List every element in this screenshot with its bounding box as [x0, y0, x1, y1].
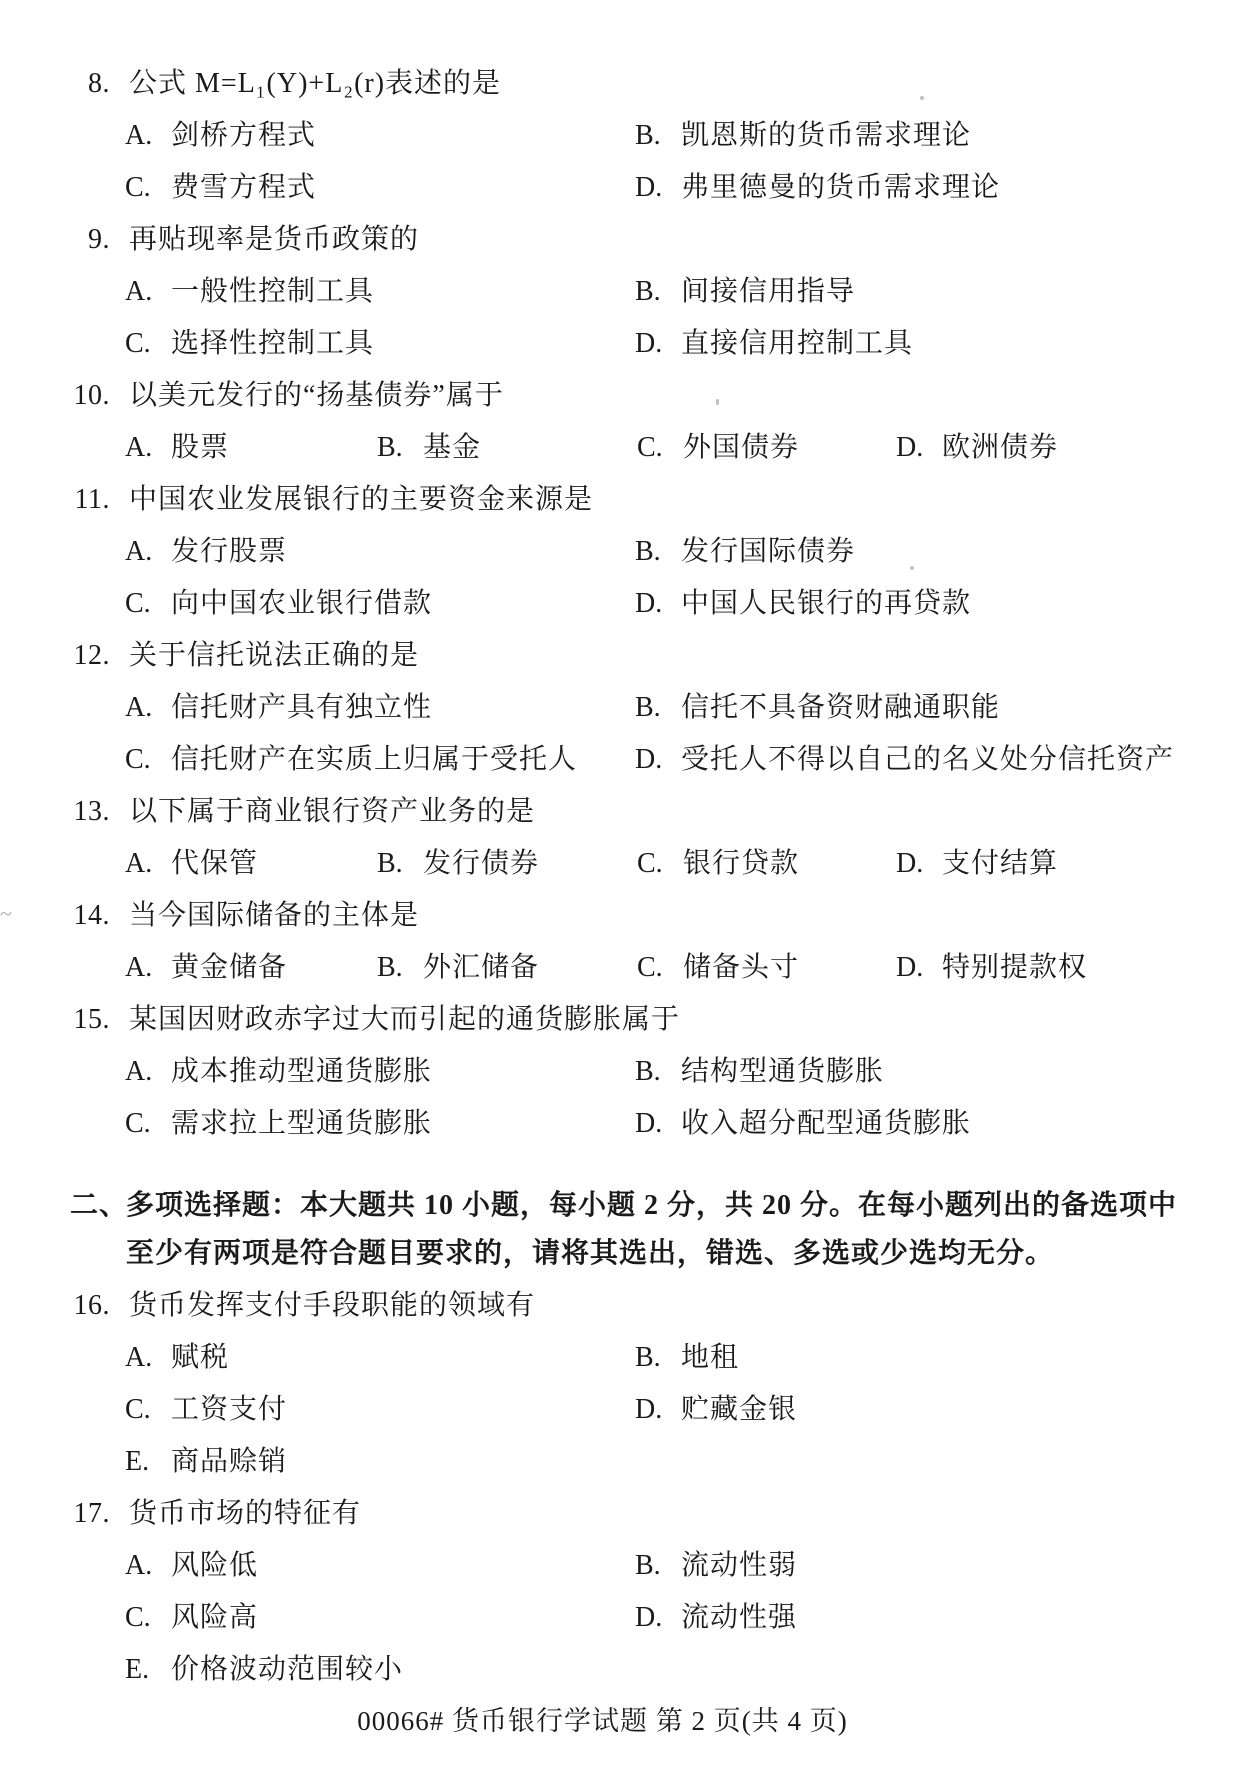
question: 8.公式 M=L₁(Y)+L₂(r)表述的是A.剑桥方程式B.凯恩斯的货币需求理… — [63, 68, 1198, 224]
question: 13.以下属于商业银行资产业务的是A.代保管B.发行债券C.银行贷款D.支付结算 — [63, 796, 1198, 900]
option: C.外国债券 — [637, 432, 896, 463]
option: C.风险高 — [125, 1602, 635, 1633]
section-marker: 二、 — [70, 1190, 126, 1269]
question-options: A.剑桥方程式B.凯恩斯的货币需求理论C.费雪方程式D.弗里德曼的货币需求理论 — [125, 120, 1198, 224]
option-text: 发行债券 — [423, 848, 539, 879]
option-label: C. — [125, 1602, 155, 1633]
option-text: 基金 — [423, 432, 481, 463]
question-number: 10. — [63, 380, 110, 411]
question-options: A.风险低B.流动性弱C.风险高D.流动性强E.价格波动范围较小 — [125, 1550, 1198, 1706]
option-text: 剑桥方程式 — [171, 120, 316, 151]
question-number: 9. — [63, 224, 110, 255]
option-text: 代保管 — [171, 848, 258, 879]
option-text: 中国人民银行的再贷款 — [681, 588, 971, 619]
option-text: 价格波动范围较小 — [171, 1654, 403, 1685]
question-options: A.黄金储备B.外汇储备C.储备头寸D.特别提款权 — [125, 952, 1198, 1004]
option-label: C. — [125, 1108, 155, 1139]
option-text: 风险低 — [171, 1550, 258, 1581]
option: D.受托人不得以自己的名义处分信托资产 — [635, 744, 1198, 775]
option-label: D. — [635, 328, 665, 359]
option-text: 向中国农业银行借款 — [171, 588, 432, 619]
option-label: A. — [125, 1550, 155, 1581]
question-number: 15. — [63, 1004, 110, 1035]
option-label: B. — [377, 432, 407, 463]
option-label: A. — [125, 120, 155, 151]
option: B.凯恩斯的货币需求理论 — [635, 120, 1198, 151]
option-text: 赋税 — [171, 1342, 229, 1373]
question-title: 15.某国因财政赤字过大而引起的通货膨胀属于 — [63, 1004, 1198, 1035]
question-text: 以下属于商业银行资产业务的是 — [129, 796, 535, 827]
option-text: 商品赊销 — [171, 1446, 287, 1477]
option-text: 受托人不得以自己的名义处分信托资产 — [681, 744, 1174, 775]
option-label: B. — [377, 952, 407, 983]
scan-artifact — [920, 96, 924, 100]
section-header-line1: 多项选择题：本大题共 10 小题，每小题 2 分，共 20 分。在每小题列出的备… — [126, 1190, 1177, 1221]
option-label: C. — [637, 952, 667, 983]
option-text: 发行国际债券 — [681, 536, 855, 567]
question-options: A.股票B.基金C.外国债券D.欧洲债券 — [125, 432, 1198, 484]
option-label: D. — [635, 1602, 665, 1633]
question-title: 16.货币发挥支付手段职能的领域有 — [63, 1290, 1198, 1321]
question-number: 14. — [63, 900, 110, 931]
question-title: 8.公式 M=L₁(Y)+L₂(r)表述的是 — [63, 68, 1198, 99]
section-header-text: 多项选择题：本大题共 10 小题，每小题 2 分，共 20 分。在每小题列出的备… — [126, 1190, 1177, 1269]
question: 15.某国因财政赤字过大而引起的通货膨胀属于A.成本推动型通货膨胀B.结构型通货… — [63, 1004, 1198, 1160]
option: B.发行国际债券 — [635, 536, 1198, 567]
single-choice-question-list: 8.公式 M=L₁(Y)+L₂(r)表述的是A.剑桥方程式B.凯恩斯的货币需求理… — [63, 68, 1198, 1160]
question-options: A.代保管B.发行债券C.银行贷款D.支付结算 — [125, 848, 1198, 900]
option: D.收入超分配型通货膨胀 — [635, 1108, 1198, 1139]
option-label: A. — [125, 1056, 155, 1087]
question-text: 关于信托说法正确的是 — [129, 640, 419, 671]
option-label: D. — [896, 848, 926, 879]
option-text: 特别提款权 — [942, 952, 1087, 983]
option: A.风险低 — [125, 1550, 635, 1581]
option: A.代保管 — [125, 848, 377, 879]
question: 12.关于信托说法正确的是A.信托财产具有独立性B.信托不具备资财融通职能C.信… — [63, 640, 1198, 796]
section-header-line2: 至少有两项是符合题目要求的，请将其选出，错选、多选或少选均无分。 — [126, 1238, 1177, 1269]
question-title: 11.中国农业发展银行的主要资金来源是 — [63, 484, 1198, 515]
question: 11.中国农业发展银行的主要资金来源是A.发行股票B.发行国际债券C.向中国农业… — [63, 484, 1198, 640]
option-label: A. — [125, 692, 155, 723]
option-text: 间接信用指导 — [681, 276, 855, 307]
option-text: 银行贷款 — [683, 848, 799, 879]
option-text: 地租 — [681, 1342, 739, 1373]
question-title: 9.再贴现率是货币政策的 — [63, 224, 1198, 255]
scan-artifact: ~ — [0, 898, 12, 929]
option-text: 流动性强 — [681, 1602, 797, 1633]
question-title: 13.以下属于商业银行资产业务的是 — [63, 796, 1198, 827]
option: D.特别提款权 — [896, 952, 1198, 983]
option: D.贮藏金银 — [635, 1394, 1198, 1425]
question-title: 10.以美元发行的“扬基债券”属于 — [63, 380, 1198, 411]
question-title: 14.当今国际储备的主体是 — [63, 900, 1198, 931]
option-label: C. — [125, 744, 155, 775]
option: E.价格波动范围较小 — [125, 1654, 635, 1685]
page-footer: 00066# 货币银行学试题 第 2 页(共 4 页) — [35, 1706, 1170, 1737]
option-label: D. — [635, 588, 665, 619]
option: C.向中国农业银行借款 — [125, 588, 635, 619]
question-text: 公式 M=L₁(Y)+L₂(r)表述的是 — [129, 68, 501, 99]
option-label: A. — [125, 848, 155, 879]
option-label: A. — [125, 432, 155, 463]
option-label: D. — [896, 952, 926, 983]
option-text: 支付结算 — [942, 848, 1058, 879]
option: D.直接信用控制工具 — [635, 328, 1198, 359]
option-label: D. — [896, 432, 926, 463]
option-text: 外汇储备 — [423, 952, 539, 983]
option: D.欧洲债券 — [896, 432, 1198, 463]
option-label: C. — [125, 588, 155, 619]
question: 17.货币市场的特征有A.风险低B.流动性弱C.风险高D.流动性强E.价格波动范… — [63, 1498, 1198, 1706]
option-label: C. — [637, 848, 667, 879]
option: C.工资支付 — [125, 1394, 635, 1425]
question-number: 17. — [63, 1498, 110, 1529]
option-label: D. — [635, 744, 665, 775]
option: D.弗里德曼的货币需求理论 — [635, 172, 1198, 203]
question-title: 17.货币市场的特征有 — [63, 1498, 1198, 1529]
question-number: 13. — [63, 796, 110, 827]
option-text: 信托财产具有独立性 — [171, 692, 432, 723]
option: A.成本推动型通货膨胀 — [125, 1056, 635, 1087]
option-text: 外国债券 — [683, 432, 799, 463]
question-number: 11. — [63, 484, 110, 515]
option-label: D. — [635, 172, 665, 203]
question: 16.货币发挥支付手段职能的领域有A.赋税B.地租C.工资支付D.贮藏金银E.商… — [63, 1290, 1198, 1498]
option-label: E. — [125, 1446, 155, 1477]
option-label: C. — [125, 1394, 155, 1425]
option: E.商品赊销 — [125, 1446, 635, 1477]
option: B.基金 — [377, 432, 637, 463]
option: A.信托财产具有独立性 — [125, 692, 635, 723]
option-text: 直接信用控制工具 — [681, 328, 913, 359]
option: B.结构型通货膨胀 — [635, 1056, 1198, 1087]
section-header: 二、 多项选择题：本大题共 10 小题，每小题 2 分，共 20 分。在每小题列… — [63, 1190, 1198, 1269]
option-label: B. — [635, 692, 665, 723]
option-text: 股票 — [171, 432, 229, 463]
option-text: 欧洲债券 — [942, 432, 1058, 463]
question-text: 中国农业发展银行的主要资金来源是 — [129, 484, 593, 515]
exam-page: 8.公式 M=L₁(Y)+L₂(r)表述的是A.剑桥方程式B.凯恩斯的货币需求理… — [0, 0, 1238, 1787]
option-text: 风险高 — [171, 1602, 258, 1633]
option: C.储备头寸 — [637, 952, 896, 983]
question-number: 8. — [63, 68, 110, 99]
option-text: 发行股票 — [171, 536, 287, 567]
option: C.需求拉上型通货膨胀 — [125, 1108, 635, 1139]
option-text: 弗里德曼的货币需求理论 — [681, 172, 1000, 203]
option-label: B. — [377, 848, 407, 879]
option-text: 信托财产在实质上归属于受托人 — [171, 744, 577, 775]
option-label: C. — [637, 432, 667, 463]
question-text: 某国因财政赤字过大而引起的通货膨胀属于 — [129, 1004, 680, 1035]
option-label: B. — [635, 1056, 665, 1087]
option: C.选择性控制工具 — [125, 328, 635, 359]
option-text: 成本推动型通货膨胀 — [171, 1056, 432, 1087]
option-text: 信托不具备资财融通职能 — [681, 692, 1000, 723]
option: B.流动性弱 — [635, 1550, 1198, 1581]
option-text: 凯恩斯的货币需求理论 — [681, 120, 971, 151]
option: B.间接信用指导 — [635, 276, 1198, 307]
option-label: A. — [125, 276, 155, 307]
option: B.发行债券 — [377, 848, 637, 879]
question-text: 以美元发行的“扬基债券”属于 — [129, 380, 504, 411]
option-label: B. — [635, 120, 665, 151]
option: B.地租 — [635, 1342, 1198, 1373]
question: 14.当今国际储备的主体是A.黄金储备B.外汇储备C.储备头寸D.特别提款权 — [63, 900, 1198, 1004]
option-label: D. — [635, 1394, 665, 1425]
question-number: 12. — [63, 640, 110, 671]
question-text: 货币市场的特征有 — [129, 1498, 361, 1529]
question: 9.再贴现率是货币政策的A.一般性控制工具B.间接信用指导C.选择性控制工具D.… — [63, 224, 1198, 380]
option-label: B. — [635, 1550, 665, 1581]
option-text: 费雪方程式 — [171, 172, 316, 203]
option-label: C. — [125, 172, 155, 203]
option: A.黄金储备 — [125, 952, 377, 983]
question-title: 12.关于信托说法正确的是 — [63, 640, 1198, 671]
option: C.费雪方程式 — [125, 172, 635, 203]
question-options: A.赋税B.地租C.工资支付D.贮藏金银E.商品赊销 — [125, 1342, 1198, 1498]
option-text: 黄金储备 — [171, 952, 287, 983]
option: C.银行贷款 — [637, 848, 896, 879]
scan-artifact — [910, 566, 914, 570]
question-text: 货币发挥支付手段职能的领域有 — [129, 1290, 535, 1321]
option-label: B. — [635, 276, 665, 307]
option-text: 流动性弱 — [681, 1550, 797, 1581]
option-text: 储备头寸 — [683, 952, 799, 983]
option-label: A. — [125, 952, 155, 983]
option-text: 贮藏金银 — [681, 1394, 797, 1425]
option: B.外汇储备 — [377, 952, 637, 983]
option-text: 一般性控制工具 — [171, 276, 374, 307]
option: A.赋税 — [125, 1342, 635, 1373]
option-text: 收入超分配型通货膨胀 — [681, 1108, 971, 1139]
question-text: 当今国际储备的主体是 — [129, 900, 419, 931]
option-label: B. — [635, 1342, 665, 1373]
option: A.股票 — [125, 432, 377, 463]
question-text: 再贴现率是货币政策的 — [129, 224, 419, 255]
option-label: E. — [125, 1654, 155, 1685]
question-options: A.一般性控制工具B.间接信用指导C.选择性控制工具D.直接信用控制工具 — [125, 276, 1198, 380]
option-label: A. — [125, 1342, 155, 1373]
option-label: B. — [635, 536, 665, 567]
option-text: 需求拉上型通货膨胀 — [171, 1108, 432, 1139]
option: B.信托不具备资财融通职能 — [635, 692, 1198, 723]
option-text: 工资支付 — [171, 1394, 287, 1425]
option: A.一般性控制工具 — [125, 276, 635, 307]
option-label: C. — [125, 328, 155, 359]
option: D.中国人民银行的再贷款 — [635, 588, 1198, 619]
option-label: D. — [635, 1108, 665, 1139]
multi-choice-question-list: 16.货币发挥支付手段职能的领域有A.赋税B.地租C.工资支付D.贮藏金银E.商… — [63, 1290, 1198, 1706]
question-options: A.发行股票B.发行国际债券C.向中国农业银行借款D.中国人民银行的再贷款 — [125, 536, 1198, 640]
question: 10.以美元发行的“扬基债券”属于A.股票B.基金C.外国债券D.欧洲债券 — [63, 380, 1198, 484]
option-text: 结构型通货膨胀 — [681, 1056, 884, 1087]
option: D.支付结算 — [896, 848, 1198, 879]
option-text: 选择性控制工具 — [171, 328, 374, 359]
option: A.发行股票 — [125, 536, 635, 567]
question-options: A.成本推动型通货膨胀B.结构型通货膨胀C.需求拉上型通货膨胀D.收入超分配型通… — [125, 1056, 1198, 1160]
option: C.信托财产在实质上归属于受托人 — [125, 744, 635, 775]
option: A.剑桥方程式 — [125, 120, 635, 151]
question-number: 16. — [63, 1290, 110, 1321]
scan-artifact — [716, 399, 719, 405]
option-label: A. — [125, 536, 155, 567]
option: D.流动性强 — [635, 1602, 1198, 1633]
question-options: A.信托财产具有独立性B.信托不具备资财融通职能C.信托财产在实质上归属于受托人… — [125, 692, 1198, 796]
